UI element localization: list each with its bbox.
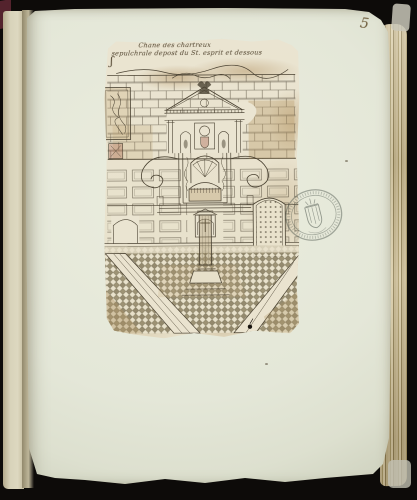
upper-tier-niches (164, 113, 244, 154)
facing-page-edge (3, 11, 24, 489)
reliquary-chest (183, 182, 227, 203)
dust-speck (345, 160, 348, 162)
caption-line-2: sepulchrale depost du St. esprit et dess… (111, 48, 300, 57)
altar-elevation-drawing (102, 64, 302, 337)
stamp-shield-icon (301, 196, 327, 234)
scanned-book-photo: 5 Chane des chartreux sepulchrale depost… (0, 0, 417, 500)
dust-speck (265, 363, 268, 365)
left-ornament (109, 144, 123, 159)
headband-top (391, 3, 411, 31)
panel-wall-left (107, 169, 188, 244)
folio-number: 5 (359, 16, 370, 33)
left-figure-panel (103, 87, 130, 139)
handwritten-caption: Chane des chartreux sepulchrale depost d… (101, 40, 301, 57)
headband-bottom (388, 460, 411, 488)
pasted-drawing-sheet: Chane des chartreux sepulchrale depost d… (102, 37, 302, 341)
